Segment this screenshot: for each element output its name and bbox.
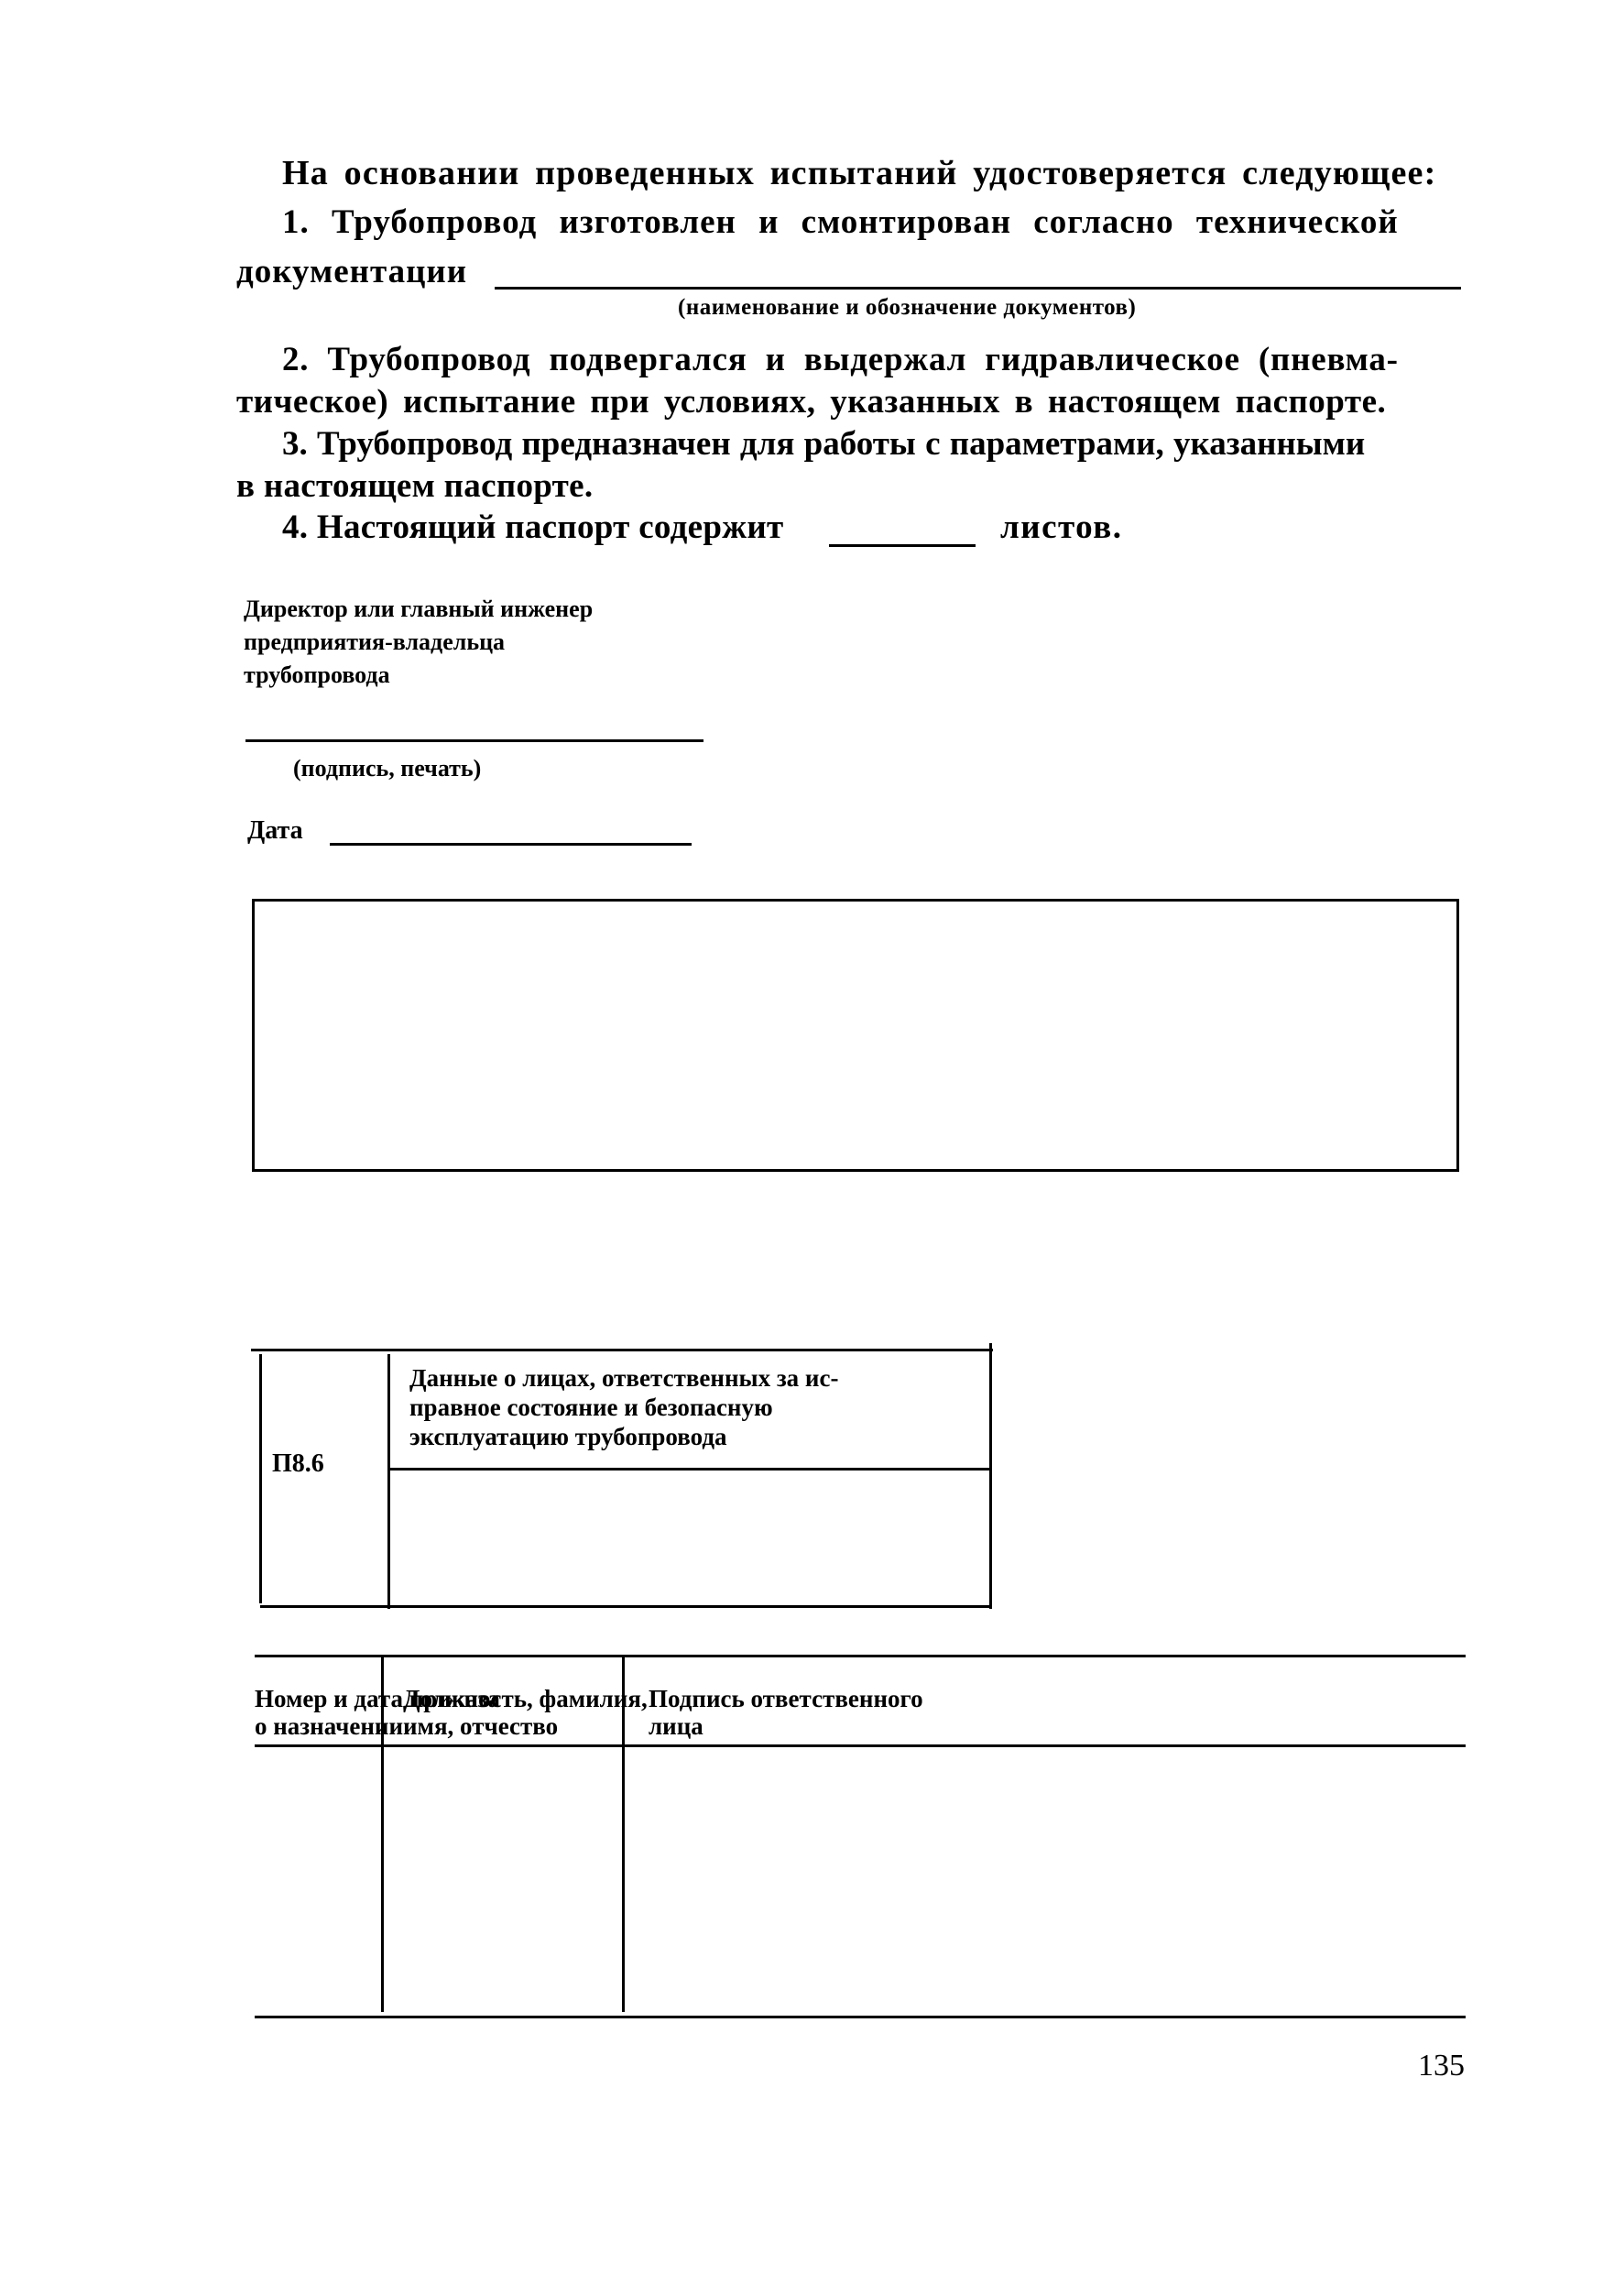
column-header-order-line-2: о назначении xyxy=(255,1711,403,1741)
documentation-caption: (наименование и обозначение документов) xyxy=(678,295,1136,321)
table-cell-order[interactable] xyxy=(256,1750,377,2012)
item-2-line-1: 2. Трубопровод подвергался и выдержал ги… xyxy=(282,339,1399,381)
item-2-line-2: тическое) испытание при условиях, указан… xyxy=(236,381,1386,423)
date-field[interactable] xyxy=(330,843,692,846)
signatory-title-line-3: трубопровода xyxy=(244,660,390,691)
documentation-field[interactable] xyxy=(495,287,1461,290)
table-cell-position[interactable] xyxy=(385,1750,618,2012)
item-4-prefix: 4. Настоящий паспорт содержит xyxy=(282,507,784,549)
section-number: П8.6 xyxy=(272,1449,324,1479)
column-header-position-line-2: имя, отчество xyxy=(403,1711,558,1741)
date-label: Дата xyxy=(247,815,303,847)
item-1-line-2: документации xyxy=(236,251,467,293)
column-header-signature-line-2: лица xyxy=(649,1711,703,1741)
section-box-divider xyxy=(387,1354,390,1609)
section-box-bottom xyxy=(260,1605,991,1608)
column-header-position-line-1: Должность, фамилия, xyxy=(403,1684,648,1713)
table-bottom-border xyxy=(255,2016,1466,2018)
item-3-line-1: 3. Трубопровод предназначен для работы с… xyxy=(282,423,1365,465)
stamp-box xyxy=(252,899,1459,1172)
item-3-line-2: в настоящем паспорте. xyxy=(236,465,593,508)
table-cell-signature[interactable] xyxy=(626,1750,1464,2012)
section-box-right xyxy=(989,1343,992,1609)
signatory-title-line-2: предприятия-владельца xyxy=(244,627,505,658)
sheets-count-field[interactable] xyxy=(829,544,976,547)
section-title-line-3: эксплуатацию трубопровода xyxy=(409,1422,727,1451)
section-title-line-1: Данные о лицах, ответственных за ис- xyxy=(409,1363,838,1393)
signature-field[interactable] xyxy=(245,739,703,742)
signatory-title-line-1: Директор или главный инженер xyxy=(244,594,593,625)
section-box-left xyxy=(259,1354,262,1603)
intro-text: На основании проведенных испытаний удост… xyxy=(282,152,1436,194)
item-1-line-1: 1. Трубопровод изготовлен и смонтирован … xyxy=(282,202,1399,244)
table-top-border xyxy=(255,1655,1466,1657)
page-number: 135 xyxy=(1418,2049,1465,2083)
section-title-line-2: правное состояние и безопасную xyxy=(409,1393,773,1422)
section-box-top xyxy=(251,1349,993,1351)
item-4-suffix: листов. xyxy=(1000,507,1123,549)
section-box-title-separator xyxy=(390,1468,989,1471)
signature-caption: (подпись, печать) xyxy=(293,753,481,784)
table-header-bottom-border xyxy=(255,1744,1466,1747)
column-header-signature-line-1: Подпись ответственного xyxy=(649,1684,923,1713)
